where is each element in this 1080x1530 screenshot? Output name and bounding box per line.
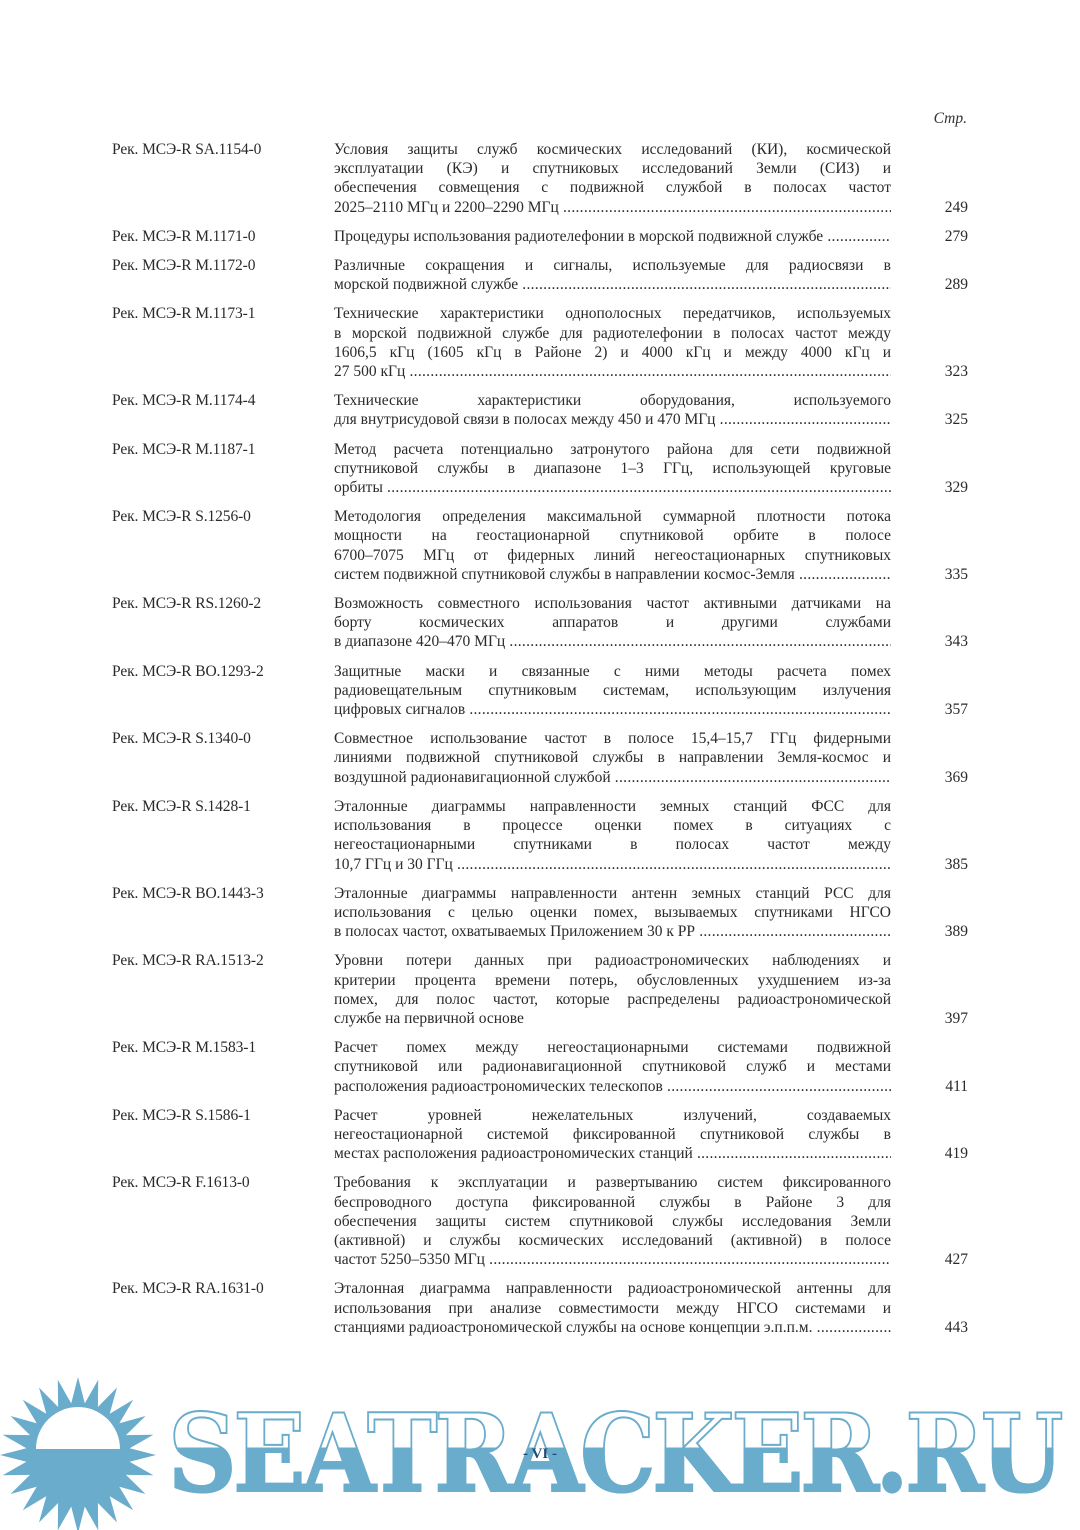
recommendation-title: Процедуры использования радиотелефонии в…: [334, 227, 891, 246]
recommendation-ref: Рек. МСЭ-R S.1340-0: [112, 729, 334, 748]
page-ref[interactable]: 289: [891, 275, 968, 294]
recommendation-ref: Рек. МСЭ-R M.1173-1: [112, 304, 334, 323]
recommendation-title: Эталонная диаграмма направленности радио…: [334, 1279, 891, 1337]
recommendation-title: Расчет помех между негеостационарными си…: [334, 1038, 891, 1096]
toc-entry[interactable]: Рек. МСЭ-R M.1171-0Процедуры использован…: [112, 227, 968, 246]
toc-entry[interactable]: Рек. МСЭ-R RS.1260-2Возможность совместн…: [112, 594, 968, 652]
recommendation-title: Различные сокращения и сигналы, использу…: [334, 256, 891, 294]
title-line: использования при анализе совместимости …: [334, 1299, 891, 1318]
toc-entry[interactable]: Рек. МСЭ-R M.1174-4Технические характери…: [112, 391, 968, 429]
recommendation-title: Совместное использование частот в полосе…: [334, 729, 891, 787]
recommendation-title: Технические характеристики оборудования,…: [334, 391, 891, 429]
page-ref[interactable]: 397: [891, 1009, 968, 1028]
page-ref[interactable]: 369: [891, 768, 968, 787]
title-line: Совместное использование частот в полосе…: [334, 729, 891, 748]
title-last-line: морской подвижной службе: [334, 275, 891, 294]
title-line: критерии процента времени потерь, обусло…: [334, 971, 891, 990]
title-line: в морской подвижной службе для радиотеле…: [334, 324, 891, 343]
recommendation-ref: Рек. МСЭ-R M.1583-1: [112, 1038, 334, 1057]
title-last-line: Процедуры использования радиотелефонии в…: [334, 227, 891, 246]
page-ref[interactable]: 411: [891, 1077, 968, 1096]
title-line: спутниковой службы в диапазоне 1–3 ГГц, …: [334, 459, 891, 478]
title-line: Эталонные диаграммы направленности земны…: [334, 797, 891, 816]
title-last-line: орбиты: [334, 478, 891, 497]
recommendation-title: Защитные маски и связанные с ними методы…: [334, 662, 891, 720]
recommendation-ref: Рек. МСЭ-R M.1172-0: [112, 256, 334, 275]
title-line: Расчет помех между негеостационарными си…: [334, 1038, 891, 1057]
title-last-line: службе на первичной основе: [334, 1009, 891, 1028]
title-line: Метод расчета потенциально затронутого р…: [334, 440, 891, 459]
recommendation-title: Требования к эксплуатации и развертывани…: [334, 1173, 891, 1269]
table-of-contents: Рек. МСЭ-R SA.1154-0Условия защиты служб…: [112, 140, 968, 1347]
title-line: Уровни потери данных при радиоастрономич…: [334, 951, 891, 970]
toc-entry[interactable]: Рек. МСЭ-R S.1340-0Совместное использова…: [112, 729, 968, 787]
page-ref[interactable]: 389: [891, 922, 968, 941]
recommendation-ref: Рек. МСЭ-R RA.1513-2: [112, 951, 334, 970]
recommendation-ref: Рек. МСЭ-R S.1586-1: [112, 1106, 334, 1125]
title-line: Возможность совместного использования ча…: [334, 594, 891, 613]
toc-entry[interactable]: Рек. МСЭ-R M.1172-0Различные сокращения …: [112, 256, 968, 294]
page-ref[interactable]: 419: [891, 1144, 968, 1163]
title-line: Условия защиты служб космических исследо…: [334, 140, 891, 159]
title-last-line: местах расположения радиоастрономических…: [334, 1144, 891, 1163]
title-line: Технические характеристики однополосных …: [334, 304, 891, 323]
recommendation-ref: Рек. МСЭ-R BO.1443-3: [112, 884, 334, 903]
page-ref[interactable]: 443: [891, 1318, 968, 1337]
title-line: Различные сокращения и сигналы, использу…: [334, 256, 891, 275]
title-line: мощности на геостационарной спутниковой …: [334, 526, 891, 545]
title-last-line: станциями радиоастрономической службы на…: [334, 1318, 891, 1337]
recommendation-title: Возможность совместного использования ча…: [334, 594, 891, 652]
recommendation-ref: Рек. МСЭ-R RA.1631-0: [112, 1279, 334, 1298]
recommendation-ref: Рек. МСЭ-R BO.1293-2: [112, 662, 334, 681]
toc-entry[interactable]: Рек. МСЭ-R BO.1293-2Защитные маски и свя…: [112, 662, 968, 720]
title-line: использования с целью оценки помех, вызы…: [334, 903, 891, 922]
page-ref[interactable]: 335: [891, 565, 968, 584]
title-line: использования в процессе оценки помех в …: [334, 816, 891, 835]
title-line: спутниковой или радионавигационной спутн…: [334, 1057, 891, 1076]
recommendation-title: Методология определения максимальной сум…: [334, 507, 891, 584]
recommendation-ref: Рек. МСЭ-R S.1256-0: [112, 507, 334, 526]
recommendation-ref: Рек. МСЭ-R M.1174-4: [112, 391, 334, 410]
recommendation-ref: Рек. МСЭ-R S.1428-1: [112, 797, 334, 816]
toc-entry[interactable]: Рек. МСЭ-R M.1187-1Метод расчета потенци…: [112, 440, 968, 498]
title-last-line: расположения радиоастрономических телеск…: [334, 1077, 891, 1096]
page-ref[interactable]: 323: [891, 362, 968, 381]
recommendation-title: Уровни потери данных при радиоастрономич…: [334, 951, 891, 1028]
page-ref[interactable]: 427: [891, 1250, 968, 1269]
title-line: 6700–7075 МГц от фидерных линий негеоста…: [334, 546, 891, 565]
recommendation-title: Эталонные диаграммы направленности земны…: [334, 797, 891, 874]
title-last-line: в диапазоне 420–470 МГц: [334, 632, 891, 651]
title-line: Требования к эксплуатации и развертывани…: [334, 1173, 891, 1192]
toc-entry[interactable]: Рек. МСЭ-R S.1256-0Методология определен…: [112, 507, 968, 584]
title-line: линиями подвижной спутниковой службы в н…: [334, 748, 891, 767]
recommendation-ref: Рек. МСЭ-R M.1171-0: [112, 227, 334, 246]
recommendation-title: Метод расчета потенциально затронутого р…: [334, 440, 891, 498]
toc-entry[interactable]: Рек. МСЭ-R RA.1513-2Уровни потери данных…: [112, 951, 968, 1028]
title-line: Эталонные диаграммы направленности антен…: [334, 884, 891, 903]
title-line: Расчет уровней нежелательных излучений, …: [334, 1106, 891, 1125]
title-last-line: частот 5250–5350 МГц: [334, 1250, 891, 1269]
title-line: Защитные маски и связанные с ними методы…: [334, 662, 891, 681]
title-line: 1606,5 кГц (1605 кГц в Районе 2) и 4000 …: [334, 343, 891, 362]
page-ref[interactable]: 385: [891, 855, 968, 874]
title-line: (активной) и службы космических исследов…: [334, 1231, 891, 1250]
toc-entry[interactable]: Рек. МСЭ-R S.1586-1Расчет уровней нежела…: [112, 1106, 968, 1164]
title-last-line: систем подвижной спутниковой службы в на…: [334, 565, 891, 584]
recommendation-title: Расчет уровней нежелательных излучений, …: [334, 1106, 891, 1164]
title-last-line: в полосах частот, охватываемых Приложени…: [334, 922, 891, 941]
title-line: эксплуатации (КЭ) и спутниковых исследов…: [334, 159, 891, 178]
page-ref[interactable]: 357: [891, 700, 968, 719]
title-last-line: 2025–2110 МГц и 2200–2290 МГц: [334, 198, 891, 217]
title-line: Технические характеристики оборудования,…: [334, 391, 891, 410]
page-ref[interactable]: 343: [891, 632, 968, 651]
page-number: - VI -: [0, 1446, 1080, 1463]
title-line: радиовещательным спутниковым системам, и…: [334, 681, 891, 700]
title-last-line: 10,7 ГГц и 30 ГГц: [334, 855, 891, 874]
title-line: обеспечения совмещения с подвижной служб…: [334, 178, 891, 197]
title-last-line: для внутрисудовой связи в полосах между …: [334, 410, 891, 429]
title-line: беспроводного доступа фиксированной служ…: [334, 1193, 891, 1212]
toc-entry[interactable]: Рек. МСЭ-R M.1173-1Технические характери…: [112, 304, 968, 381]
toc-entry[interactable]: Рек. МСЭ-R BO.1443-3Эталонные диаграммы …: [112, 884, 968, 942]
recommendation-title: Условия защиты служб космических исследо…: [334, 140, 891, 217]
page-column-header: Стр.: [934, 110, 967, 128]
title-last-line: 27 500 кГц: [334, 362, 891, 381]
title-last-line: воздушной радионавигационной службой: [334, 768, 891, 787]
toc-entry[interactable]: Рек. МСЭ-R SA.1154-0Условия защиты служб…: [112, 140, 968, 217]
toc-entry[interactable]: Рек. МСЭ-R RA.1631-0Эталонная диаграмма …: [112, 1279, 968, 1337]
recommendation-ref: Рек. МСЭ-R M.1187-1: [112, 440, 334, 459]
page-ref[interactable]: 329: [891, 478, 968, 497]
title-line: Эталонная диаграмма направленности радио…: [334, 1279, 891, 1298]
title-line: негеостационарной системой фиксированной…: [334, 1125, 891, 1144]
toc-entry[interactable]: Рек. МСЭ-R F.1613-0Требования к эксплуат…: [112, 1173, 968, 1269]
recommendation-ref: Рек. МСЭ-R SA.1154-0: [112, 140, 334, 159]
title-line: обеспечения защиты систем спутниковой сл…: [334, 1212, 891, 1231]
toc-entry[interactable]: Рек. МСЭ-R S.1428-1Эталонные диаграммы н…: [112, 797, 968, 874]
title-line: негеостационарными спутниками в полосах …: [334, 835, 891, 854]
page-ref[interactable]: 279: [891, 227, 968, 246]
recommendation-ref: Рек. МСЭ-R F.1613-0: [112, 1173, 334, 1192]
page-ref[interactable]: 249: [891, 198, 968, 217]
toc-entry[interactable]: Рек. МСЭ-R M.1583-1Расчет помех между не…: [112, 1038, 968, 1096]
title-line: помех, для полос частот, которые распред…: [334, 990, 891, 1009]
recommendation-title: Эталонные диаграммы направленности антен…: [334, 884, 891, 942]
recommendation-title: Технические характеристики однополосных …: [334, 304, 891, 381]
title-line: Методология определения максимальной сум…: [334, 507, 891, 526]
title-line: борту космических аппаратов и другими сл…: [334, 613, 891, 632]
title-last-line: цифровых сигналов: [334, 700, 891, 719]
page-ref[interactable]: 325: [891, 410, 968, 429]
recommendation-ref: Рек. МСЭ-R RS.1260-2: [112, 594, 334, 613]
